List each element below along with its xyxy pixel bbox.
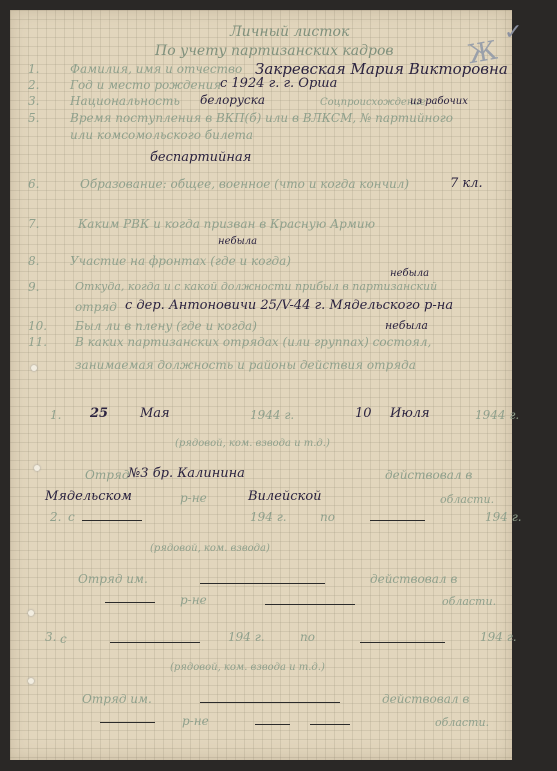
page-subtitle: По учету партизанских кадров (155, 43, 394, 59)
field-value-education: 7 кл. (450, 176, 483, 191)
field-label: Был ли в плену (где и когда) (75, 319, 257, 333)
service-to-label: по (320, 510, 335, 524)
service-acted: действовал в (382, 692, 469, 706)
service-to-year: 194 г. (485, 510, 522, 524)
field-number: 1. (28, 62, 39, 76)
service-to-year: 1944 г. (475, 408, 519, 422)
binder-hole (31, 365, 37, 371)
service-unit: №3 бр. Калинина (128, 466, 245, 481)
field-label-cont: или комсомольского билета (70, 128, 253, 142)
blank-line (360, 642, 445, 643)
field-value-birth: с 1924 г. г. Орша (220, 76, 337, 91)
service-from-month: Мая (140, 406, 170, 421)
field-label: Каким РВК и когда призван в Красную Арми… (78, 217, 375, 231)
field-value-party: беспартийная (150, 150, 251, 165)
field-label: Национальность (70, 94, 180, 108)
field-value-social: из рабочих (410, 96, 468, 107)
field-number: 5. (28, 111, 39, 125)
service-from-year: 194 г. (250, 510, 287, 524)
service-to-month: Июля (390, 406, 430, 421)
service-from-year: 194 г. (228, 630, 265, 644)
field-value-front: небыла (390, 268, 429, 279)
field-number: 10. (28, 319, 47, 333)
service-from-label: с (60, 632, 67, 646)
field-number: 8. (28, 254, 39, 268)
field-value-arrival: с дер. Антоновичи 25/V-44 г. Мядельского… (125, 298, 453, 313)
service-number: 1. (50, 408, 61, 422)
service-from-year: 1944 г. (250, 408, 294, 422)
field-value-captivity: небыла (385, 319, 428, 332)
binder-hole (28, 678, 34, 684)
field-number: 2. (28, 78, 39, 92)
blank-line (370, 520, 425, 521)
blank-line (200, 583, 325, 584)
service-number: 2. (50, 510, 61, 524)
service-district-label: р-не (180, 491, 207, 505)
field-number: 7. (28, 217, 39, 231)
field-number: 3. (28, 94, 39, 108)
page-title: Личный листок (230, 24, 349, 40)
blank-line (105, 602, 155, 603)
field-label: В каких партизанских отрядах (или группа… (75, 335, 431, 349)
field-number: 9. (28, 280, 39, 294)
service-district-label: р-не (182, 714, 209, 728)
service-region-label: области. (435, 716, 489, 729)
service-number: 3. (45, 630, 56, 644)
service-position: (рядовой, ком. взвода и т.д.) (175, 438, 330, 449)
service-to-day: 10 (355, 406, 372, 421)
binder-hole (28, 610, 34, 616)
field-label-cont: отряд (75, 300, 117, 314)
field-label: Год и место рождения (70, 78, 221, 92)
service-unit-prefix: Отряд (85, 468, 129, 482)
service-position: (рядовой, ком. взвода и т.д.) (170, 662, 325, 673)
field-label: Откуда, когда и с какой должности прибыл… (75, 280, 437, 293)
field-label: Участие на фронтах (где и когда) (70, 254, 291, 268)
field-number: 11. (28, 335, 47, 349)
service-to-label: по (300, 630, 315, 644)
service-unit-prefix: Отряд им. (78, 572, 148, 586)
service-position: (рядовой, ком. взвода) (150, 543, 270, 554)
field-value-army: небыла (218, 236, 257, 247)
service-region-label: области. (440, 493, 494, 506)
field-number: 6. (28, 177, 39, 191)
field-label: Фамилия, имя и отчество (70, 62, 242, 76)
field-label: Образование: общее, военное (что и когда… (80, 177, 409, 191)
blank-line (82, 520, 142, 521)
blank-line (110, 642, 200, 643)
field-value-nationality: белоруска (200, 93, 265, 107)
binder-hole (34, 465, 40, 471)
service-district: Мядельском (45, 489, 132, 504)
service-acted: действовал в (370, 572, 457, 586)
blank-line (255, 724, 290, 725)
service-region: Вилейской (248, 489, 322, 504)
service-from-day: 25 (90, 406, 108, 421)
blank-line (100, 722, 155, 723)
blank-line (200, 702, 340, 703)
blank-line (310, 724, 350, 725)
service-region-label: области. (442, 595, 496, 608)
checkmark-icon: ✓ (504, 20, 522, 45)
document-page: Личный листок По учету партизанских кадр… (10, 10, 512, 760)
service-to-year: 194 г. (480, 630, 517, 644)
service-acted: действовал в (385, 468, 472, 482)
blank-line (265, 604, 355, 605)
field-label-cont: занимаемая должность и районы действия о… (75, 358, 416, 372)
service-unit-prefix: Отряд им. (82, 692, 152, 706)
service-district-label: р-не (180, 593, 207, 607)
field-label: Время поступления в ВКП(б) или в ВЛКСМ, … (70, 111, 453, 125)
service-from-label: с (68, 510, 75, 524)
